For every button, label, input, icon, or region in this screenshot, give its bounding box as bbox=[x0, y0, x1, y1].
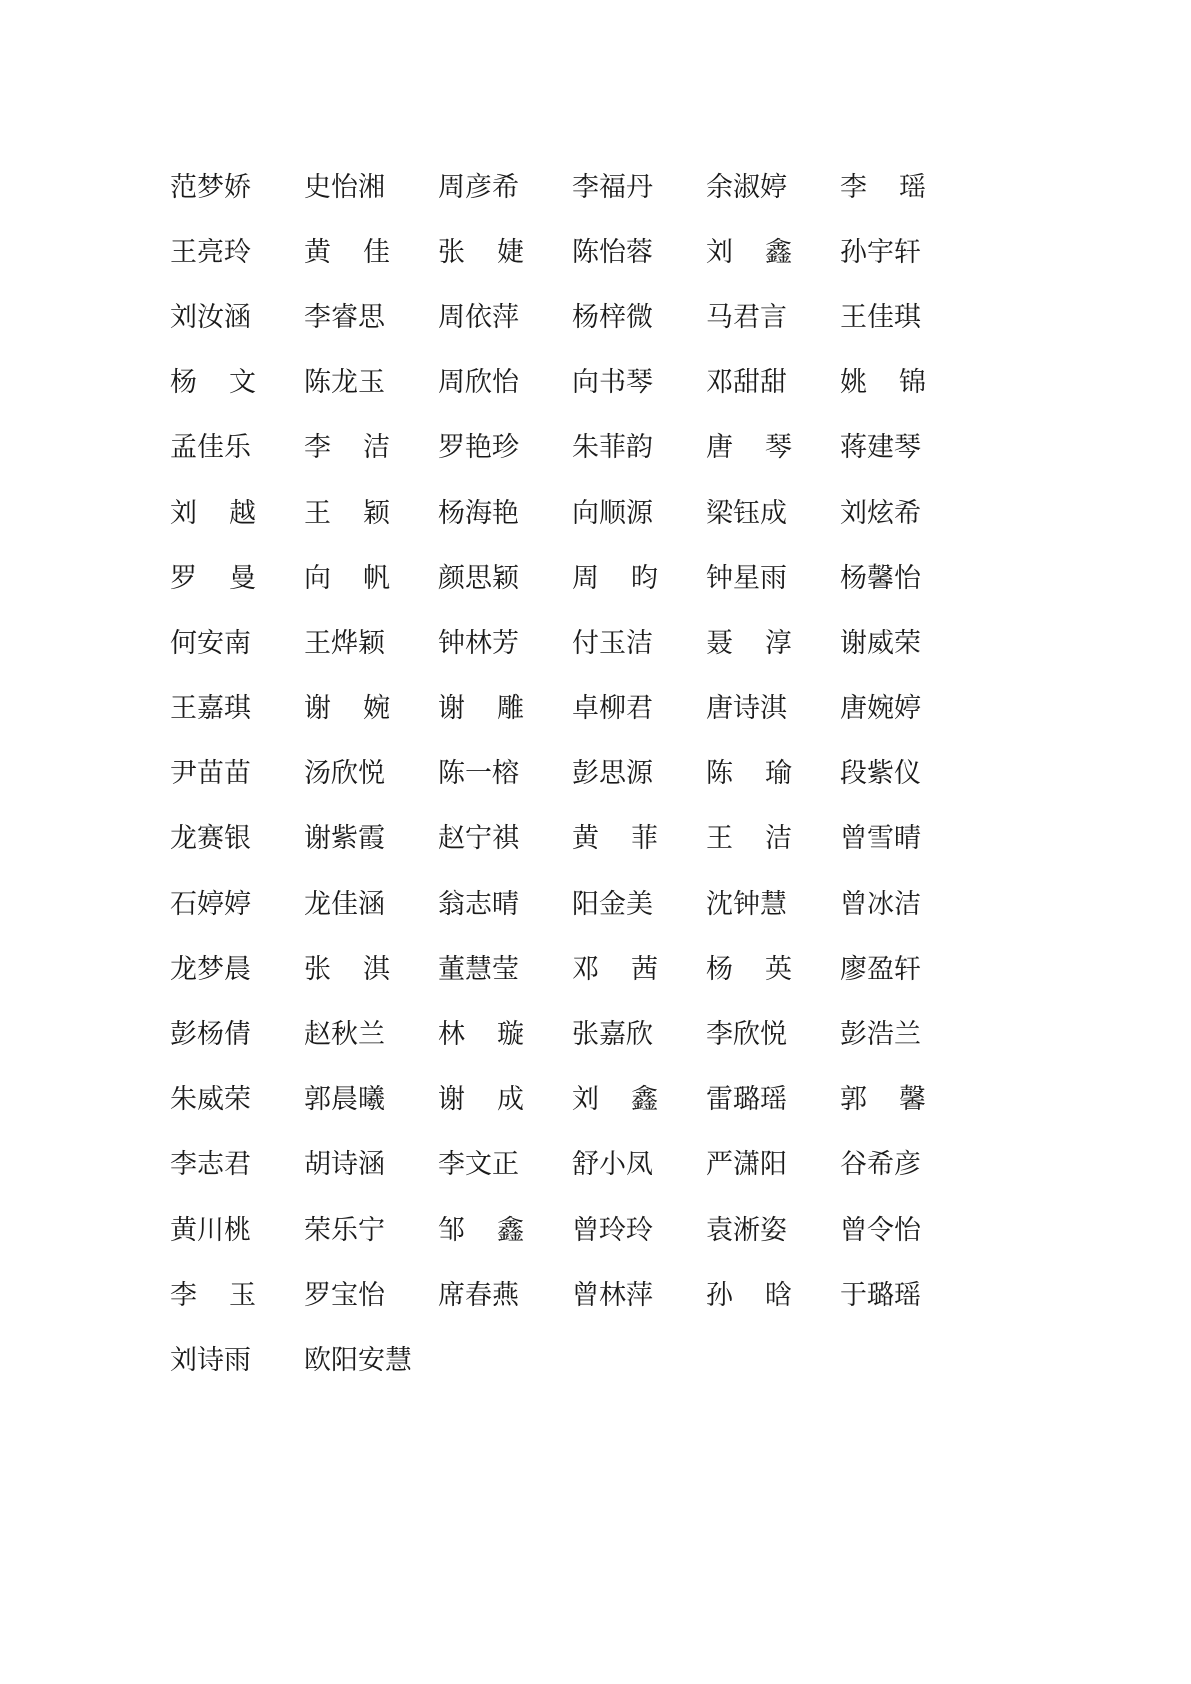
name-cell: 王洁 bbox=[706, 819, 840, 859]
name-cell: 王颖 bbox=[304, 494, 438, 534]
name-cell: 曾林萍 bbox=[572, 1276, 706, 1316]
name-cell: 余淑婷 bbox=[706, 168, 840, 208]
person-name: 李睿思 bbox=[304, 298, 390, 338]
person-name: 石婷婷 bbox=[170, 885, 256, 925]
name-cell: 林璇 bbox=[438, 1015, 572, 1055]
person-name: 王烨颖 bbox=[304, 624, 390, 664]
person-name: 范梦娇 bbox=[170, 168, 256, 208]
person-name: 罗宝怡 bbox=[304, 1276, 390, 1316]
name-cell: 黄川桃 bbox=[170, 1211, 304, 1251]
name-cell: 汤欣悦 bbox=[304, 754, 438, 794]
name-cell: 邓茜 bbox=[572, 950, 706, 990]
name-cell: 欧阳安慧 bbox=[304, 1341, 438, 1381]
name-cell: 刘越 bbox=[170, 494, 304, 534]
name-cell: 李玉 bbox=[170, 1276, 304, 1316]
name-cell: 刘诗雨 bbox=[170, 1341, 304, 1381]
person-name: 邓甜甜 bbox=[706, 363, 792, 403]
person-name: 王颖 bbox=[304, 494, 390, 534]
name-cell: 郭晨曦 bbox=[304, 1080, 438, 1120]
name-cell: 廖盈轩 bbox=[840, 950, 974, 990]
person-name: 荣乐宁 bbox=[304, 1211, 390, 1251]
person-name: 黄川桃 bbox=[170, 1211, 256, 1251]
name-cell: 刘鑫 bbox=[572, 1080, 706, 1120]
person-name: 董慧莹 bbox=[438, 950, 524, 990]
document-page: 范梦娇史怡湘周彦希李福丹余淑婷李瑶王亮玲黄佳张婕陈怡蓉刘鑫孙宇轩刘汝涵李睿思周依… bbox=[0, 0, 1191, 1684]
person-name: 唐琴 bbox=[706, 428, 792, 468]
name-cell: 朱威荣 bbox=[170, 1080, 304, 1120]
name-cell: 周昀 bbox=[572, 559, 706, 599]
name-cell: 杨文 bbox=[170, 363, 304, 403]
person-name: 林璇 bbox=[438, 1015, 524, 1055]
name-cell: 孙宇轩 bbox=[840, 233, 974, 273]
person-name: 向帆 bbox=[304, 559, 390, 599]
person-name: 舒小凤 bbox=[572, 1145, 658, 1185]
name-cell: 颜思颖 bbox=[438, 559, 572, 599]
person-name: 阳金美 bbox=[572, 885, 658, 925]
name-row: 石婷婷龙佳涵翁志晴阳金美沈钟慧曾冰洁 bbox=[170, 872, 970, 937]
person-name: 曾林萍 bbox=[572, 1276, 658, 1316]
name-cell: 蒋建琴 bbox=[840, 428, 974, 468]
name-cell: 杨英 bbox=[706, 950, 840, 990]
person-name: 向书琴 bbox=[572, 363, 658, 403]
name-cell: 邓甜甜 bbox=[706, 363, 840, 403]
name-cell: 向帆 bbox=[304, 559, 438, 599]
person-name: 卓柳君 bbox=[572, 689, 658, 729]
person-name: 廖盈轩 bbox=[840, 950, 926, 990]
name-cell: 李欣悦 bbox=[706, 1015, 840, 1055]
person-name: 李瑶 bbox=[840, 168, 926, 208]
person-name: 于璐瑶 bbox=[840, 1276, 926, 1316]
name-row: 彭杨倩赵秋兰林璇张嘉欣李欣悦彭浩兰 bbox=[170, 1002, 970, 1067]
person-name: 胡诗涵 bbox=[304, 1145, 390, 1185]
name-cell: 袁淅姿 bbox=[706, 1211, 840, 1251]
person-name: 谢紫霞 bbox=[304, 819, 390, 859]
name-cell: 郭馨 bbox=[840, 1080, 974, 1120]
name-cell: 赵秋兰 bbox=[304, 1015, 438, 1055]
name-row: 孟佳乐李洁罗艳珍朱菲韵唐琴蒋建琴 bbox=[170, 416, 970, 481]
name-cell: 曾冰洁 bbox=[840, 885, 974, 925]
person-name: 郭晨曦 bbox=[304, 1080, 390, 1120]
name-cell: 翁志晴 bbox=[438, 885, 572, 925]
name-cell: 彭杨倩 bbox=[170, 1015, 304, 1055]
person-name: 龙梦晨 bbox=[170, 950, 256, 990]
person-name: 唐婉婷 bbox=[840, 689, 926, 729]
person-name: 曾雪晴 bbox=[840, 819, 926, 859]
person-name: 颜思颖 bbox=[438, 559, 524, 599]
name-row: 杨文陈龙玉周欣怡向书琴邓甜甜姚锦 bbox=[170, 351, 970, 416]
name-cell: 舒小凤 bbox=[572, 1145, 706, 1185]
person-name: 杨文 bbox=[170, 363, 256, 403]
name-row: 王嘉琪谢婉谢雕卓柳君唐诗淇唐婉婷 bbox=[170, 677, 970, 742]
name-cell: 孙晗 bbox=[706, 1276, 840, 1316]
name-row: 尹苗苗汤欣悦陈一榕彭思源陈瑜段紫仪 bbox=[170, 742, 970, 807]
person-name: 孙宇轩 bbox=[840, 233, 926, 273]
name-cell: 龙佳涵 bbox=[304, 885, 438, 925]
name-cell: 席春燕 bbox=[438, 1276, 572, 1316]
person-name: 杨英 bbox=[706, 950, 792, 990]
name-cell: 李瑶 bbox=[840, 168, 974, 208]
name-cell: 王嘉琪 bbox=[170, 689, 304, 729]
name-list-grid: 范梦娇史怡湘周彦希李福丹余淑婷李瑶王亮玲黄佳张婕陈怡蓉刘鑫孙宇轩刘汝涵李睿思周依… bbox=[170, 155, 970, 1394]
person-name: 罗曼 bbox=[170, 559, 256, 599]
person-name: 尹苗苗 bbox=[170, 754, 256, 794]
name-cell: 史怡湘 bbox=[304, 168, 438, 208]
person-name: 朱威荣 bbox=[170, 1080, 256, 1120]
person-name: 刘诗雨 bbox=[170, 1341, 256, 1381]
person-name: 杨海艳 bbox=[438, 494, 524, 534]
person-name: 彭杨倩 bbox=[170, 1015, 256, 1055]
name-cell: 阳金美 bbox=[572, 885, 706, 925]
name-cell: 谷希彦 bbox=[840, 1145, 974, 1185]
person-name: 李玉 bbox=[170, 1276, 256, 1316]
person-name: 严潇阳 bbox=[706, 1145, 792, 1185]
person-name: 向顺源 bbox=[572, 494, 658, 534]
name-cell: 陈一榕 bbox=[438, 754, 572, 794]
name-cell: 杨馨怡 bbox=[840, 559, 974, 599]
name-cell: 龙赛银 bbox=[170, 819, 304, 859]
person-name: 袁淅姿 bbox=[706, 1211, 792, 1251]
person-name: 聂淳 bbox=[706, 624, 792, 664]
name-cell: 罗艳珍 bbox=[438, 428, 572, 468]
name-cell: 谢婉 bbox=[304, 689, 438, 729]
name-cell: 李福丹 bbox=[572, 168, 706, 208]
person-name: 周依萍 bbox=[438, 298, 524, 338]
person-name: 邹鑫 bbox=[438, 1211, 524, 1251]
name-cell: 黄佳 bbox=[304, 233, 438, 273]
name-cell: 罗宝怡 bbox=[304, 1276, 438, 1316]
name-cell: 张嘉欣 bbox=[572, 1015, 706, 1055]
person-name: 曾冰洁 bbox=[840, 885, 926, 925]
name-row: 刘诗雨欧阳安慧 bbox=[170, 1328, 970, 1393]
name-cell: 陈怡蓉 bbox=[572, 233, 706, 273]
name-cell: 钟林芳 bbox=[438, 624, 572, 664]
person-name: 周欣怡 bbox=[438, 363, 524, 403]
name-cell: 荣乐宁 bbox=[304, 1211, 438, 1251]
name-cell: 张淇 bbox=[304, 950, 438, 990]
name-row: 李玉罗宝怡席春燕曾林萍孙晗于璐瑶 bbox=[170, 1263, 970, 1328]
person-name: 李洁 bbox=[304, 428, 390, 468]
name-cell: 朱菲韵 bbox=[572, 428, 706, 468]
name-cell: 梁钰成 bbox=[706, 494, 840, 534]
person-name: 李福丹 bbox=[572, 168, 658, 208]
name-row: 刘越王颖杨海艳向顺源梁钰成刘炫希 bbox=[170, 481, 970, 546]
person-name: 付玉洁 bbox=[572, 624, 658, 664]
person-name: 谢威荣 bbox=[840, 624, 926, 664]
person-name: 龙佳涵 bbox=[304, 885, 390, 925]
name-row: 龙赛银谢紫霞赵宁祺黄菲王洁曾雪晴 bbox=[170, 807, 970, 872]
person-name: 曾玲玲 bbox=[572, 1211, 658, 1251]
person-name: 席春燕 bbox=[438, 1276, 524, 1316]
name-cell: 胡诗涵 bbox=[304, 1145, 438, 1185]
person-name: 谢成 bbox=[438, 1080, 524, 1120]
person-name: 赵宁祺 bbox=[438, 819, 524, 859]
name-cell: 谢雕 bbox=[438, 689, 572, 729]
name-cell: 刘汝涵 bbox=[170, 298, 304, 338]
name-cell: 张婕 bbox=[438, 233, 572, 273]
person-name: 王嘉琪 bbox=[170, 689, 256, 729]
name-cell: 李洁 bbox=[304, 428, 438, 468]
name-cell: 李睿思 bbox=[304, 298, 438, 338]
name-cell: 姚锦 bbox=[840, 363, 974, 403]
name-cell: 李文正 bbox=[438, 1145, 572, 1185]
person-name: 余淑婷 bbox=[706, 168, 792, 208]
person-name: 陈瑜 bbox=[706, 754, 792, 794]
name-cell: 沈钟慧 bbox=[706, 885, 840, 925]
person-name: 周昀 bbox=[572, 559, 658, 599]
person-name: 郭馨 bbox=[840, 1080, 926, 1120]
person-name: 王洁 bbox=[706, 819, 792, 859]
name-cell: 马君言 bbox=[706, 298, 840, 338]
name-cell: 唐琴 bbox=[706, 428, 840, 468]
person-name: 孟佳乐 bbox=[170, 428, 256, 468]
name-row: 刘汝涵李睿思周依萍杨梓微马君言王佳琪 bbox=[170, 285, 970, 350]
person-name: 钟林芳 bbox=[438, 624, 524, 664]
person-name: 杨馨怡 bbox=[840, 559, 926, 599]
person-name: 朱菲韵 bbox=[572, 428, 658, 468]
name-cell: 刘鑫 bbox=[706, 233, 840, 273]
person-name: 何安南 bbox=[170, 624, 256, 664]
name-cell: 谢成 bbox=[438, 1080, 572, 1120]
name-cell: 曾雪晴 bbox=[840, 819, 974, 859]
person-name: 雷璐瑶 bbox=[706, 1080, 792, 1120]
person-name: 曾令怡 bbox=[840, 1211, 926, 1251]
name-cell: 段紫仪 bbox=[840, 754, 974, 794]
name-cell: 尹苗苗 bbox=[170, 754, 304, 794]
name-cell: 李志君 bbox=[170, 1145, 304, 1185]
name-cell: 曾令怡 bbox=[840, 1211, 974, 1251]
name-cell: 赵宁祺 bbox=[438, 819, 572, 859]
name-cell: 王亮玲 bbox=[170, 233, 304, 273]
person-name: 刘炫希 bbox=[840, 494, 926, 534]
name-cell: 向顺源 bbox=[572, 494, 706, 534]
person-name: 邓茜 bbox=[572, 950, 658, 990]
person-name: 钟星雨 bbox=[706, 559, 792, 599]
person-name: 李欣悦 bbox=[706, 1015, 792, 1055]
name-row: 王亮玲黄佳张婕陈怡蓉刘鑫孙宇轩 bbox=[170, 220, 970, 285]
person-name: 龙赛银 bbox=[170, 819, 256, 859]
name-row: 朱威荣郭晨曦谢成刘鑫雷璐瑶郭馨 bbox=[170, 1068, 970, 1133]
name-cell: 雷璐瑶 bbox=[706, 1080, 840, 1120]
name-cell: 王佳琪 bbox=[840, 298, 974, 338]
name-cell: 刘炫希 bbox=[840, 494, 974, 534]
person-name: 孙晗 bbox=[706, 1276, 792, 1316]
person-name: 谢婉 bbox=[304, 689, 390, 729]
person-name: 杨梓微 bbox=[572, 298, 658, 338]
person-name: 张嘉欣 bbox=[572, 1015, 658, 1055]
person-name: 沈钟慧 bbox=[706, 885, 792, 925]
person-name: 彭思源 bbox=[572, 754, 658, 794]
name-cell: 邹鑫 bbox=[438, 1211, 572, 1251]
person-name: 蒋建琴 bbox=[840, 428, 926, 468]
person-name: 张婕 bbox=[438, 233, 524, 273]
name-row: 罗曼向帆颜思颖周昀钟星雨杨馨怡 bbox=[170, 546, 970, 611]
person-name: 谢雕 bbox=[438, 689, 524, 729]
person-name: 罗艳珍 bbox=[438, 428, 524, 468]
name-cell: 王烨颖 bbox=[304, 624, 438, 664]
name-row: 范梦娇史怡湘周彦希李福丹余淑婷李瑶 bbox=[170, 155, 970, 220]
person-name: 黄菲 bbox=[572, 819, 658, 859]
name-cell: 聂淳 bbox=[706, 624, 840, 664]
person-name: 刘汝涵 bbox=[170, 298, 256, 338]
name-cell: 谢紫霞 bbox=[304, 819, 438, 859]
person-name: 欧阳安慧 bbox=[304, 1341, 412, 1381]
person-name: 汤欣悦 bbox=[304, 754, 390, 794]
person-name: 翁志晴 bbox=[438, 885, 524, 925]
name-cell: 陈瑜 bbox=[706, 754, 840, 794]
person-name: 谷希彦 bbox=[840, 1145, 926, 1185]
name-cell: 周欣怡 bbox=[438, 363, 572, 403]
name-cell: 彭浩兰 bbox=[840, 1015, 974, 1055]
person-name: 彭浩兰 bbox=[840, 1015, 926, 1055]
name-row: 李志君胡诗涵李文正舒小凤严潇阳谷希彦 bbox=[170, 1133, 970, 1198]
person-name: 史怡湘 bbox=[304, 168, 390, 208]
person-name: 陈一榕 bbox=[438, 754, 524, 794]
name-row: 黄川桃荣乐宁邹鑫曾玲玲袁淅姿曾令怡 bbox=[170, 1198, 970, 1263]
name-cell: 向书琴 bbox=[572, 363, 706, 403]
name-cell: 杨海艳 bbox=[438, 494, 572, 534]
person-name: 赵秋兰 bbox=[304, 1015, 390, 1055]
person-name: 陈怡蓉 bbox=[572, 233, 658, 273]
person-name: 周彦希 bbox=[438, 168, 524, 208]
person-name: 唐诗淇 bbox=[706, 689, 792, 729]
name-cell: 谢威荣 bbox=[840, 624, 974, 664]
person-name: 李志君 bbox=[170, 1145, 256, 1185]
person-name: 李文正 bbox=[438, 1145, 524, 1185]
name-cell: 黄菲 bbox=[572, 819, 706, 859]
person-name: 姚锦 bbox=[840, 363, 926, 403]
name-cell: 陈龙玉 bbox=[304, 363, 438, 403]
person-name: 马君言 bbox=[706, 298, 792, 338]
name-cell: 卓柳君 bbox=[572, 689, 706, 729]
person-name: 刘鑫 bbox=[572, 1080, 658, 1120]
name-cell: 杨梓微 bbox=[572, 298, 706, 338]
name-cell: 董慧莹 bbox=[438, 950, 572, 990]
name-cell: 曾玲玲 bbox=[572, 1211, 706, 1251]
name-cell: 彭思源 bbox=[572, 754, 706, 794]
name-cell: 范梦娇 bbox=[170, 168, 304, 208]
name-cell: 严潇阳 bbox=[706, 1145, 840, 1185]
name-cell: 孟佳乐 bbox=[170, 428, 304, 468]
person-name: 黄佳 bbox=[304, 233, 390, 273]
person-name: 刘鑫 bbox=[706, 233, 792, 273]
person-name: 王佳琪 bbox=[840, 298, 926, 338]
name-cell: 周彦希 bbox=[438, 168, 572, 208]
name-cell: 龙梦晨 bbox=[170, 950, 304, 990]
name-cell: 唐婉婷 bbox=[840, 689, 974, 729]
name-row: 何安南王烨颖钟林芳付玉洁聂淳谢威荣 bbox=[170, 611, 970, 676]
name-cell: 何安南 bbox=[170, 624, 304, 664]
person-name: 刘越 bbox=[170, 494, 256, 534]
name-cell: 唐诗淇 bbox=[706, 689, 840, 729]
name-cell: 周依萍 bbox=[438, 298, 572, 338]
person-name: 梁钰成 bbox=[706, 494, 792, 534]
person-name: 张淇 bbox=[304, 950, 390, 990]
name-cell: 于璐瑶 bbox=[840, 1276, 974, 1316]
name-row: 龙梦晨张淇董慧莹邓茜杨英廖盈轩 bbox=[170, 937, 970, 1002]
name-cell: 罗曼 bbox=[170, 559, 304, 599]
name-cell: 付玉洁 bbox=[572, 624, 706, 664]
person-name: 王亮玲 bbox=[170, 233, 256, 273]
name-cell: 石婷婷 bbox=[170, 885, 304, 925]
name-cell: 钟星雨 bbox=[706, 559, 840, 599]
person-name: 陈龙玉 bbox=[304, 363, 390, 403]
person-name: 段紫仪 bbox=[840, 754, 926, 794]
